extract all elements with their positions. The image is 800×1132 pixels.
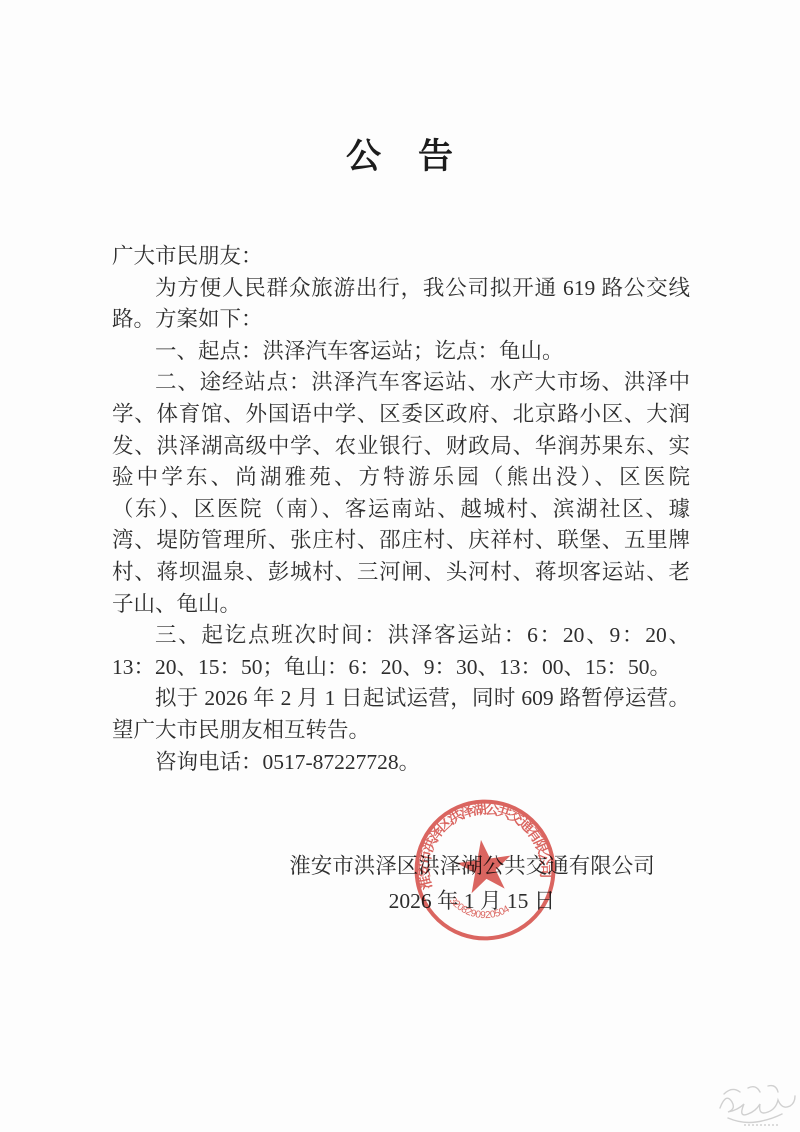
- seal-serial-number: 3208290920504: [447, 893, 513, 922]
- page-title: 公 告: [0, 138, 800, 176]
- notice-document: 公 告 广大市民朋友： 为方便人民群众旅游出行，我公司拟开通 619 路公交线路…: [0, 0, 800, 1132]
- official-seal-icon: 淮安市洪泽区洪泽湖公共交通有限公司 3208290920504: [406, 791, 563, 948]
- para-schedule: 三、起讫点班次时间：洪泽客运站：6：20、9：20、13：20、15：50；龟山…: [112, 620, 690, 683]
- salutation: 广大市民朋友：: [112, 241, 690, 273]
- para-hotline: 咨询电话：0517-87227728。: [112, 747, 690, 779]
- para-endpoints: 一、起点：洪泽汽车客运站；讫点：龟山。: [112, 336, 690, 368]
- para-launch-date: 拟于 2026 年 2 月 1 日起试运营，同时 609 路暂停运营。望广大市民…: [112, 683, 690, 746]
- para-intro: 为方便人民群众旅游出行，我公司拟开通 619 路公交线路。方案如下：: [112, 273, 690, 336]
- corner-watermark-logo: [714, 1078, 798, 1130]
- para-stations: 二、途经站点：洪泽汽车客运站、水产大市场、洪泽中学、体育馆、外国语中学、区委区政…: [112, 367, 690, 620]
- seal-star-icon: [454, 836, 515, 895]
- notice-body: 广大市民朋友： 为方便人民群众旅游出行，我公司拟开通 619 路公交线路。方案如…: [112, 241, 690, 778]
